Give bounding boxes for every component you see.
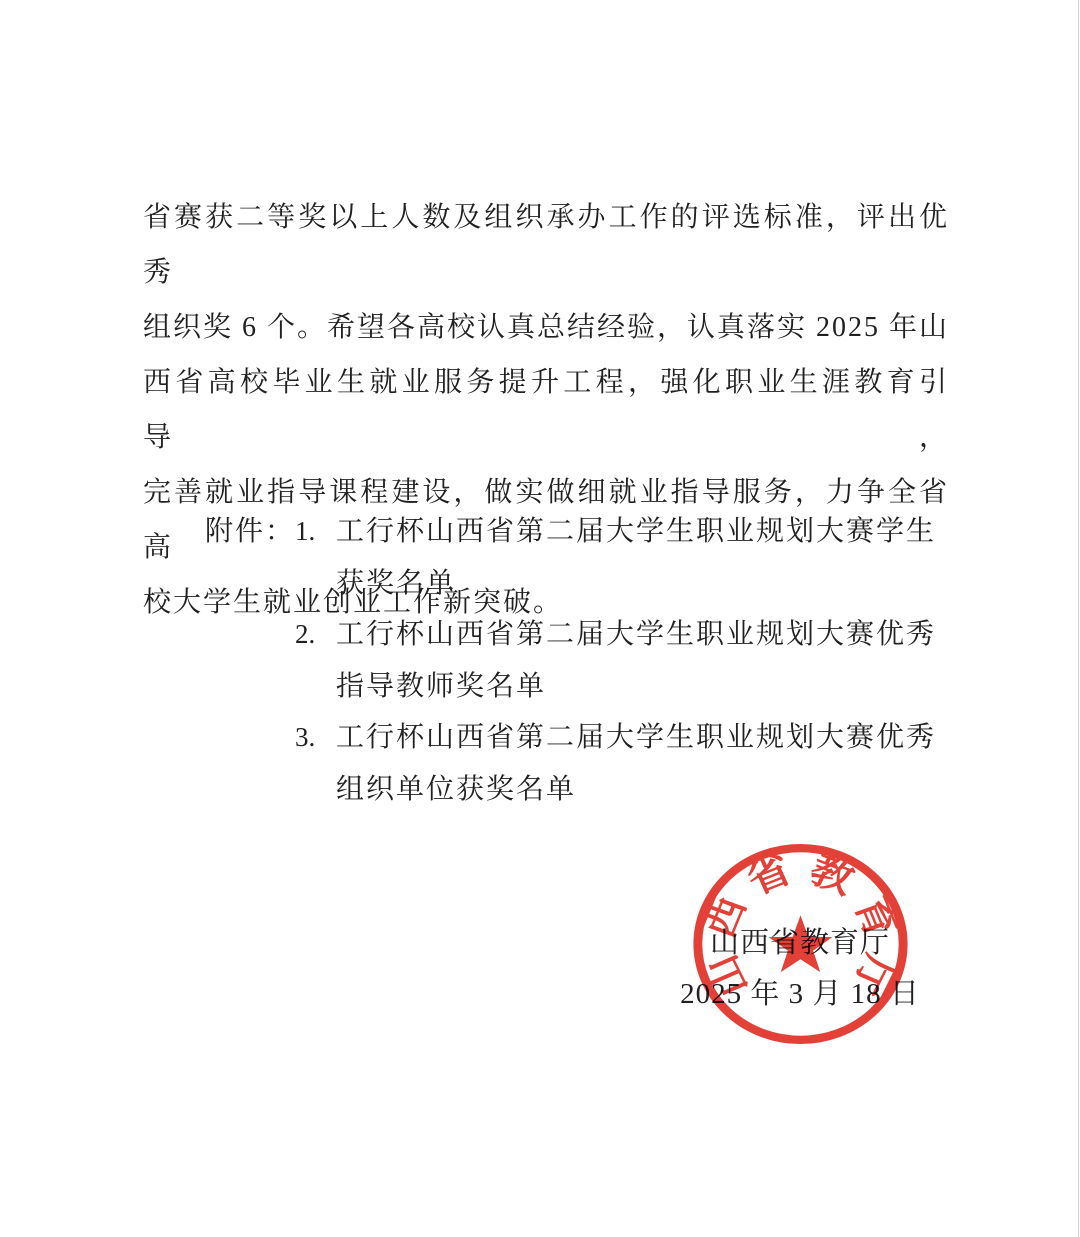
attachment-title-line: 组织单位获奖名单 [336,764,936,816]
attachment-number: 1. [295,506,336,558]
attachments-list: 1. 工行杯山西省第二届大学生职业规划大赛学生 获奖名单 2. 工行杯山西省第二… [295,506,936,815]
attachment-title-line: 获奖名单 [336,558,936,610]
page-right-edge [1078,0,1079,1237]
attachment-title: 工行杯山西省第二届大学生职业规划大赛学生 获奖名单 [336,506,936,609]
document-page: 省赛获二等奖以上人数及组织承办工作的评选标准，评出优秀 组织奖 6 个。希望各高… [0,0,1080,1237]
body-line-3: 西省高校毕业生就业服务提升工程，强化职业生涯教育引导， [143,355,949,465]
attachment-title-line: 指导教师奖名单 [336,661,936,713]
attachment-title: 工行杯山西省第二届大学生职业规划大赛优秀 指导教师奖名单 [336,609,936,712]
attachment-item-3: 3. 工行杯山西省第二届大学生职业规划大赛优秀 组织单位获奖名单 [295,712,936,815]
issuer-name: 山西省教育厅 [650,918,950,969]
attachment-title-line: 工行杯山西省第二届大学生职业规划大赛优秀 [336,712,936,764]
body-line-2: 组织奖 6 个。希望各高校认真总结经验，认真落实 2025 年山 [143,300,949,355]
body-line-1: 省赛获二等奖以上人数及组织承办工作的评选标准，评出优秀 [143,190,949,300]
seal-char: 教 [803,846,862,903]
attachment-number: 3. [295,712,336,764]
seal-char: 省 [740,846,798,902]
attachment-title-line: 工行杯山西省第二届大学生职业规划大赛学生 [336,506,936,558]
attachment-item-2: 2. 工行杯山西省第二届大学生职业规划大赛优秀 指导教师奖名单 [295,609,936,712]
attachment-title: 工行杯山西省第二届大学生职业规划大赛优秀 组织单位获奖名单 [336,712,936,815]
issue-date: 2025 年 3 月 18 日 [650,969,950,1020]
attachment-number: 2. [295,609,336,661]
attachments-label: 附件： [205,506,295,558]
attachment-title-line: 工行杯山西省第二届大学生职业规划大赛优秀 [336,609,936,661]
signature-block: 山西省教育厅 2025 年 3 月 18 日 [650,918,950,1020]
attachment-item-1: 1. 工行杯山西省第二届大学生职业规划大赛学生 获奖名单 [295,506,936,609]
attachments-section: 附件： 1. 工行杯山西省第二届大学生职业规划大赛学生 获奖名单 2. 工行杯山… [205,506,936,815]
